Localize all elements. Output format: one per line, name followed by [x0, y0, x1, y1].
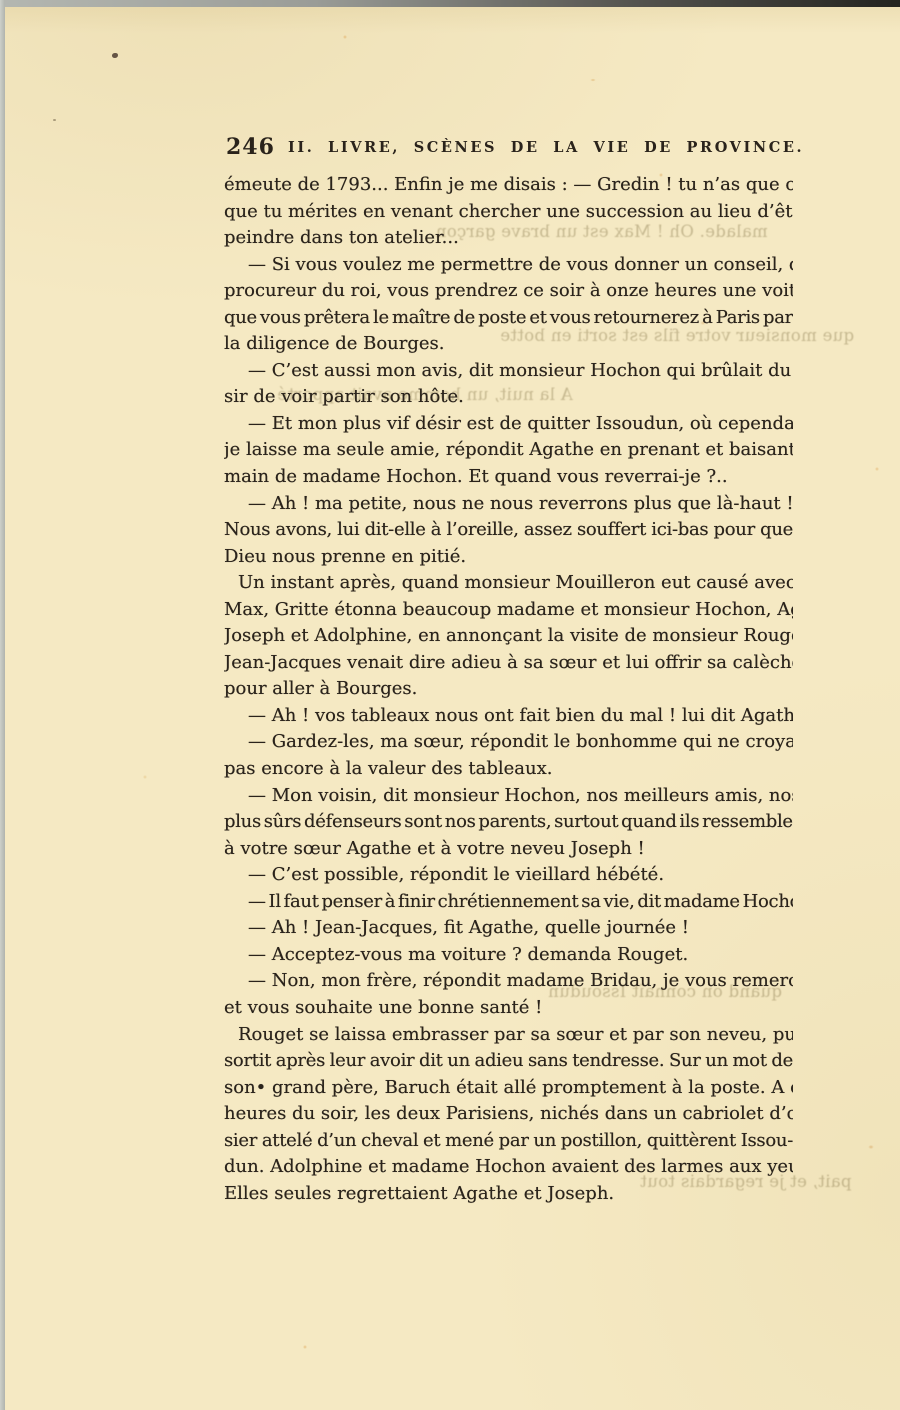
text-line: Un instant après, quand monsieur Mouille… — [224, 570, 793, 597]
text-line: — Ah ! ma petite, nous ne nous reverrons… — [224, 491, 793, 518]
page-number: 246 — [226, 134, 275, 160]
text-line: main de madame Hochon. Et quand vous rev… — [224, 464, 793, 491]
text-line: procureur du roi, vous prendrez ce soir … — [224, 278, 793, 305]
text-line: la diligence de Bourges. — [224, 331, 793, 358]
text-line: heures du soir, les deux Parisiens, nich… — [224, 1101, 793, 1128]
text-line: Elles seules regrettaient Agathe et Jose… — [224, 1181, 793, 1208]
running-head: II. LIVRE, SCÈNES DE LA VIE DE PROVINCE. — [224, 134, 788, 156]
page-header: 246 II. LIVRE, SCÈNES DE LA VIE DE PROVI… — [224, 134, 788, 162]
ink-speck — [112, 53, 118, 58]
text-line: Jean-Jacques venait dire adieu à sa sœur… — [224, 650, 793, 677]
scan-top-edge — [0, 0, 900, 7]
text-line: — Si vous voulez me permettre de vous do… — [224, 252, 793, 279]
text-line: — Il faut penser à finir chrétiennement … — [224, 889, 793, 916]
text-line: pour aller à Bourges. — [224, 676, 793, 703]
text-line: — Ah ! Jean-Jacques, fit Agathe, quelle … — [224, 915, 793, 942]
text-line: — Acceptez-vous ma voiture ? demanda Rou… — [224, 942, 793, 969]
text-line: je laisse ma seule amie, répondit Agathe… — [224, 437, 793, 464]
text-line: — Non, mon frère, répondit madame Bridau… — [224, 968, 793, 995]
text-line: Joseph et Adolphine, en annonçant la vis… — [224, 623, 793, 650]
text-line: à votre sœur Agathe et à votre neveu Jos… — [224, 836, 793, 863]
text-line: dun. Adolphine et madame Hochon avaient … — [224, 1154, 793, 1181]
text-line: émeute de 1793... Enfin je me disais : —… — [224, 172, 793, 199]
text-line: peindre dans ton atelier... — [224, 225, 793, 252]
ink-speck — [53, 119, 56, 121]
text-line: pas encore à la valeur des tableaux. — [224, 756, 793, 783]
text-line: plus sûrs défenseurs sont nos parents, s… — [224, 809, 793, 836]
text-line: sier attelé d’un cheval et mené par un p… — [224, 1128, 793, 1155]
text-line: — C’est possible, répondit le vieillard … — [224, 862, 793, 889]
text-line: sir de voir partir son hôte. — [224, 384, 793, 411]
book-page: malade. Oh ! Max est un brave garçon.que… — [5, 7, 900, 1410]
text-line: — Mon voisin, dit monsieur Hochon, nos m… — [224, 783, 793, 810]
text-line: — C’est aussi mon avis, dit monsieur Hoc… — [224, 358, 793, 385]
text-line: son• grand père, Baruch était allé promp… — [224, 1075, 793, 1102]
text-line: — Et mon plus vif désir est de quitter I… — [224, 411, 793, 438]
text-line: sortit après leur avoir dit un adieu san… — [224, 1048, 793, 1075]
text-line: Nous avons, lui dit-elle à l’oreille, as… — [224, 517, 793, 544]
text-block: émeute de 1793... Enfin je me disais : —… — [224, 172, 793, 1207]
text-line: que tu mérites en venant chercher une su… — [224, 199, 793, 226]
text-line: — Gardez-les, ma sœur, répondit le bonho… — [224, 729, 793, 756]
text-line: Dieu nous prenne en pitié. — [224, 544, 793, 571]
text-line: Rouget se laissa embrasser par sa sœur e… — [224, 1022, 793, 1049]
text-line: que vous prêtera le maître de poste et v… — [224, 305, 793, 332]
text-line: et vous souhaite une bonne santé ! — [224, 995, 793, 1022]
text-line: — Ah ! vos tableaux nous ont fait bien d… — [224, 703, 793, 730]
text-line: Max, Gritte étonna beaucoup madame et mo… — [224, 597, 793, 624]
